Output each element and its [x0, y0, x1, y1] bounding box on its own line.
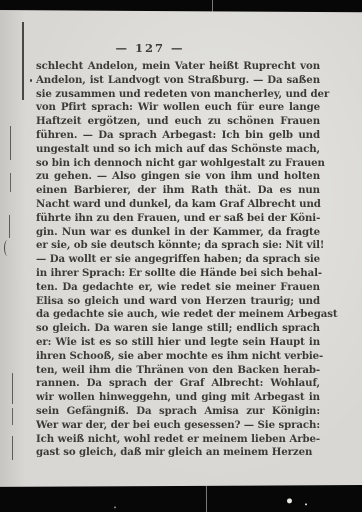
text-line: wir wollen hinweggehn, und ging mit Arbe… [36, 391, 320, 405]
page-number: — 127 — [30, 41, 270, 55]
binding-edge-mark [22, 22, 24, 100]
text-line: sie zusammen und redeten von mancherley,… [36, 88, 320, 102]
dust-speck [305, 503, 307, 505]
text-line: führte ihn zu den Frauen, und er saß bei… [36, 212, 320, 226]
text-line: sein Gefängniß. Da sprach Amisa zur Köni… [36, 405, 320, 419]
book-page: — 127 — schlecht Andelon, mein Vater hei… [0, 8, 362, 487]
binding-edge-mark [12, 436, 13, 460]
text-line: rannen. Da sprach der Graf Albrecht: Woh… [36, 377, 320, 391]
text-line: so bin ich dennoch nicht gar wohlgestalt… [36, 157, 320, 171]
text-line: Wer war der, der bei euch gesessen? — Si… [36, 419, 320, 433]
text-line: zu gehen. — Also gingen sie von ihm und … [36, 170, 320, 184]
text-line: er: Wie ist es so still hier und legte s… [36, 336, 320, 350]
text-line: gin. Nun war es dunkel in der Kammer, da… [36, 226, 320, 240]
text-line: führen. — Da sprach Arbegast: Ich bin ge… [36, 129, 320, 143]
scanned-book-page: — 127 — schlecht Andelon, mein Vater hei… [0, 0, 362, 512]
text-line: ungestalt und so ich mich auf das Schöns… [36, 143, 320, 157]
text-line: — Da wollt er sie angegriffen haben; da … [36, 253, 320, 267]
binding-edge-mark [10, 126, 11, 160]
text-line: Elisa so gleich und ward von Herzen trau… [36, 295, 320, 309]
text-line: da gedachte sie auch, wie redet der mein… [36, 308, 320, 322]
page-text: schlecht Andelon, mein Vater heißt Rupre… [36, 60, 320, 460]
crease-line [212, 0, 213, 11]
text-line: einen Barbierer, der ihm Rath thät. Da e… [36, 184, 320, 198]
crease-line [206, 486, 207, 512]
text-line: Ich weiß nicht, wohl redet er meinem lie… [36, 433, 320, 447]
text-line: Haftzeit ergötzen, und euch zu schönen F… [36, 115, 320, 129]
text-line: von Pfirt sprach: Wir wollen euch für eu… [36, 101, 320, 115]
binding-edge-mark [12, 373, 13, 404]
binding-edge-mark [12, 408, 13, 425]
binding-edge-mark [9, 215, 10, 238]
dust-speck [114, 506, 116, 508]
binding-edge-mark [4, 240, 11, 256]
text-line: Andelon, ist Landvogt von Straßburg. — D… [36, 74, 320, 88]
text-line: ten. Da gedachte er, wie redet sie meine… [36, 281, 320, 295]
text-line: er sie, ob sie deutsch könnte; da sprach… [36, 239, 320, 253]
text-line: ten, weil ihm die Thränen von den Backen… [36, 364, 320, 378]
text-line: in ihrer Sprach: Er sollte die Hände bei… [36, 267, 320, 281]
text-line: gast so gleich, daß mir gleich an meinem… [36, 446, 320, 460]
dust-speck [287, 498, 292, 503]
text-line: ihren Schooß, sie aber mochte es ihm nic… [36, 350, 320, 364]
ink-speck [30, 79, 32, 82]
text-line: schlecht Andelon, mein Vater heißt Rupre… [36, 60, 320, 74]
text-line: Nacht ward und dunkel, da kam Graf Albre… [36, 198, 320, 212]
scan-edge-bottom [0, 485, 362, 512]
binding-edge-mark [10, 173, 11, 192]
text-line: so gleich. Da waren sie lange still; end… [36, 322, 320, 336]
